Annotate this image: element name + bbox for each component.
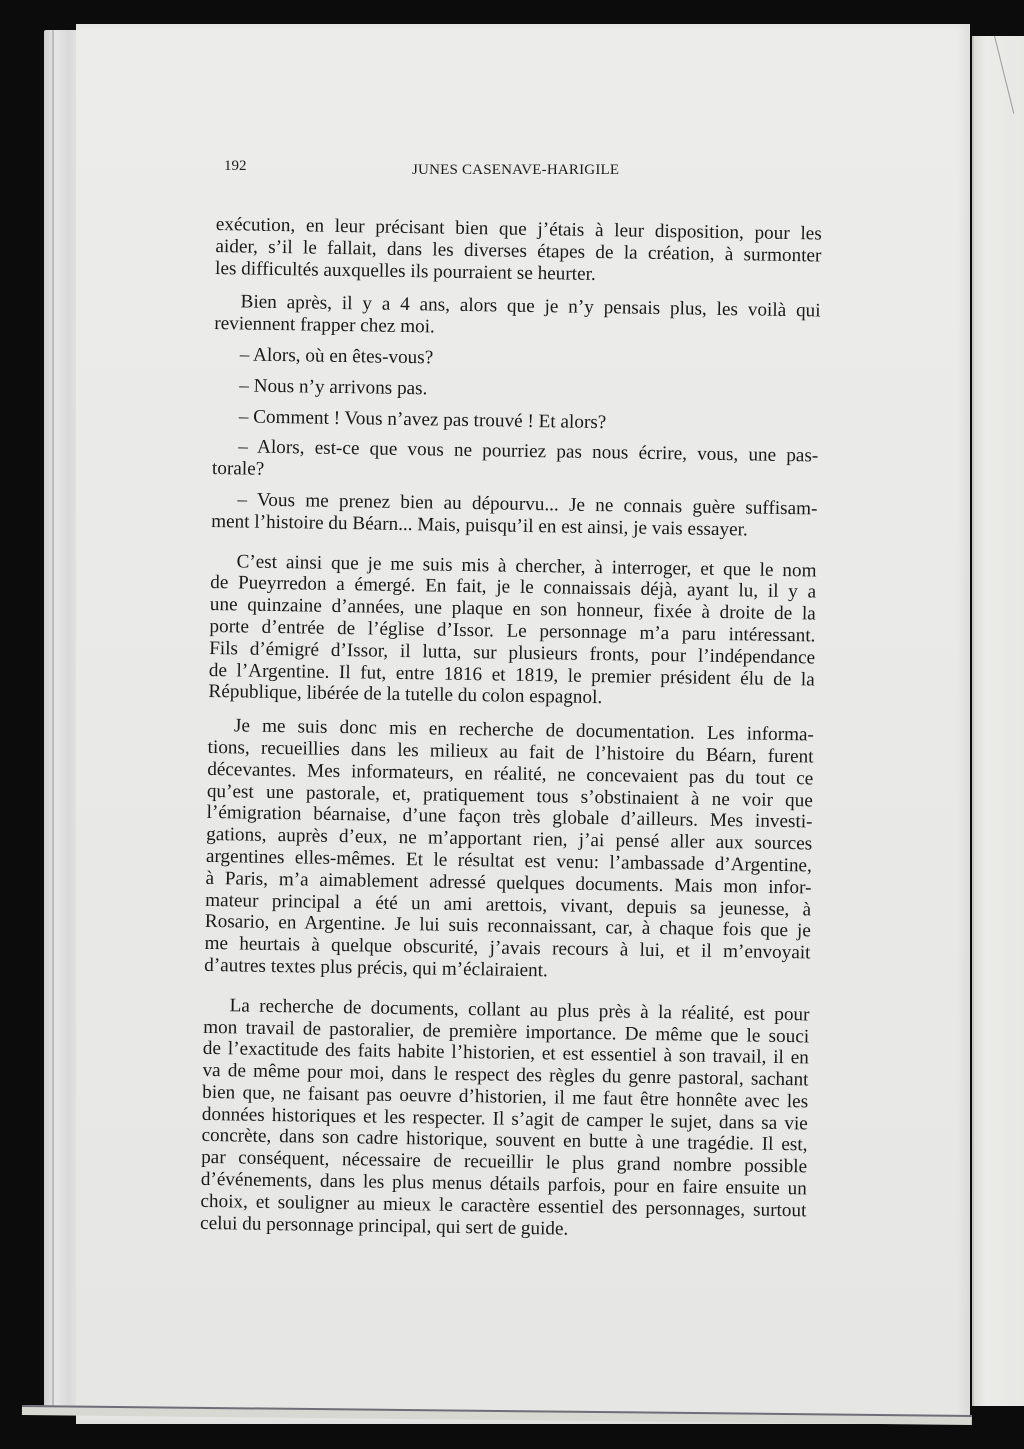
- paragraph: Je me suis donc mis en recherche de docu…: [204, 715, 814, 986]
- paragraph: exécution, en leur précisant bien que j’…: [215, 214, 822, 289]
- dialogue-line: – Alors, où en êtes-vous?: [214, 344, 820, 375]
- text-line: – Nous n’y arrivons pas.: [213, 375, 819, 406]
- paragraph: C’est ainsi que je me suis mis à cherche…: [208, 551, 816, 713]
- paragraph: La recherche de documents, collant au pl…: [200, 995, 810, 1244]
- dialogue-line: – Vous me prenez bien au dépourvu... Je …: [211, 489, 818, 542]
- dialogue-line: – Nous n’y arrivons pas.: [213, 375, 819, 406]
- paragraph: Bien après, il y a 4 ans, alors que je n…: [214, 291, 821, 344]
- dialogue-line: – Comment ! Vous n’avez pas trouvé ! Et …: [213, 406, 819, 437]
- page-number: 192: [224, 158, 247, 175]
- facing-page-edge: [972, 36, 1024, 1406]
- body-text: exécution, en leur précisant bien que j’…: [200, 214, 822, 1244]
- dialogue-line: – Alors, est-ce que vous ne pourriez pas…: [212, 436, 819, 489]
- text-line: – Alors, où en êtes-vous?: [214, 344, 820, 375]
- running-head: JUNES CASENAVE-HARIGILE: [412, 162, 619, 179]
- text-line: – Comment ! Vous n’avez pas trouvé ! Et …: [213, 406, 819, 437]
- page-header: 192 JUNES CASENAVE-HARIGILE: [224, 158, 824, 180]
